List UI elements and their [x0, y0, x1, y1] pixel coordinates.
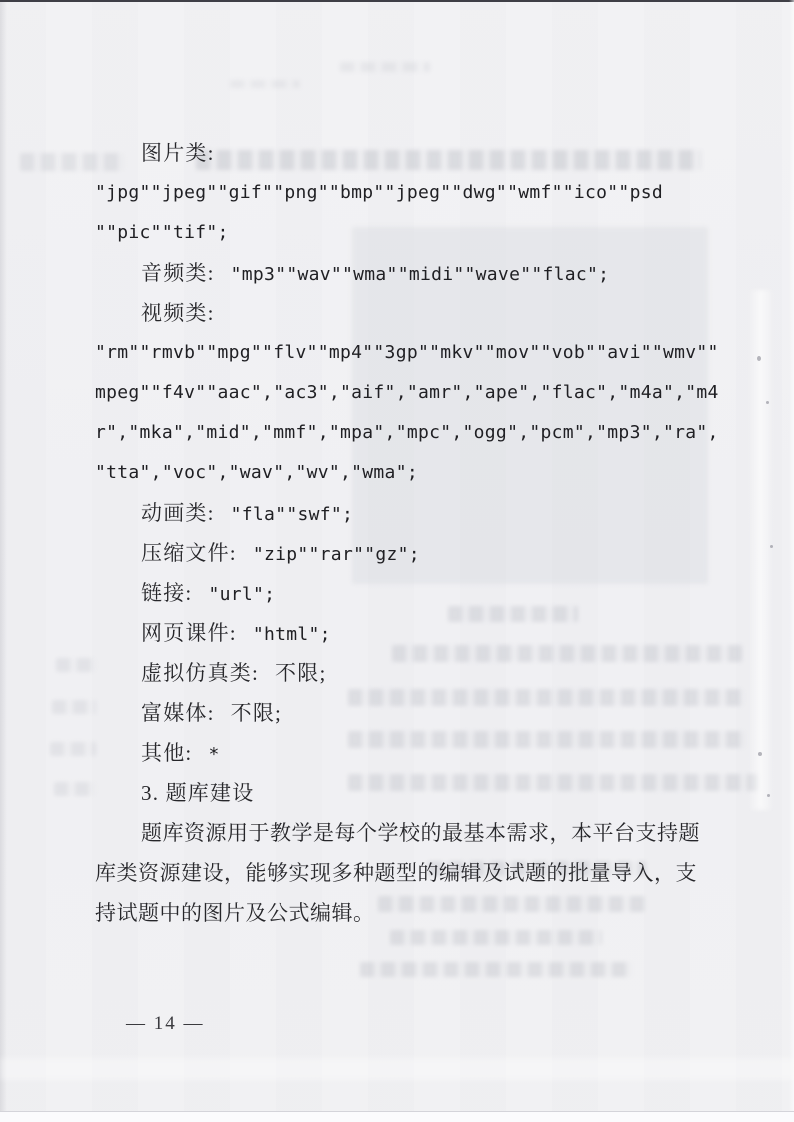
bleedthrough-smudge	[54, 782, 96, 796]
audio-type-line: 音频类: "mp3""wav""wma""midi""wave""flac";	[95, 253, 713, 293]
video-type-line: 视频类:	[95, 293, 713, 333]
paper-crease	[748, 290, 774, 810]
image-extensions-line-1: "jpg""jpeg""gif""png""bmp""jpeg""dwg""wm…	[95, 173, 713, 213]
audio-type-label: 音频类:	[141, 261, 215, 285]
scan-top-edge	[0, 0, 794, 2]
animation-extensions-text: "fla""swf";	[231, 504, 354, 525]
scan-right-edge	[789, 0, 794, 1122]
paragraph-line-3: 持试题中的图片及公式编辑。	[95, 893, 713, 933]
video-extensions-text-2: mpeg""f4v""aac","ac3","aif","amr","ape",…	[95, 382, 719, 403]
document-body: 图片类: "jpg""jpeg""gif""png""bmp""jpeg""dw…	[95, 133, 713, 933]
bleedthrough-smudge	[56, 658, 96, 672]
scan-left-edge	[0, 0, 7, 1122]
video-extensions-line-2: mpeg""f4v""aac","ac3","aif","amr","ape",…	[95, 373, 713, 413]
archive-extensions-text: "zip""rar""gz";	[253, 544, 420, 565]
scan-bottom-edge	[0, 1111, 794, 1122]
paragraph-line-1: 题库资源用于教学是每个学校的最基本需求，本平台支持题	[95, 813, 713, 853]
webpage-type-label: 网页课件:	[141, 621, 237, 645]
animation-type-label: 动画类:	[141, 501, 215, 525]
video-extensions-text-1: "rm""rmvb""mpg""flv""mp4""3gp""mkv""mov"…	[95, 342, 719, 363]
scanner-light-band	[0, 1058, 794, 1080]
paragraph-text-2: 库类资源建设，能够实现多种题型的编辑及试题的批量导入，支	[95, 861, 697, 885]
audio-extensions-text: "mp3""wav""wma""midi""wave""flac";	[231, 264, 610, 285]
paragraph-text-3: 持试题中的图片及公式编辑。	[95, 901, 375, 925]
video-extensions-text-3: r","mka","mid","mmf","mpa","mpc","ogg","…	[95, 422, 719, 443]
bleedthrough-smudge	[50, 742, 96, 756]
video-extensions-line-1: "rm""rmvb""mpg""flv""mp4""3gp""mkv""mov"…	[95, 333, 713, 373]
richmedia-type-line: 富媒体: 不限;	[95, 693, 713, 733]
video-extensions-line-3: r","mka","mid","mmf","mpa","mpc","ogg","…	[95, 413, 713, 453]
scan-speck	[757, 356, 761, 361]
bleedthrough-smudge	[360, 962, 632, 977]
vr-type-value: 不限;	[275, 661, 326, 685]
image-extensions-text-2: ""pic""tif";	[95, 222, 229, 243]
bleedthrough-smudge	[230, 80, 300, 88]
other-type-label: 其他:	[141, 741, 192, 765]
vr-type-label: 虚拟仿真类:	[141, 661, 259, 685]
section-heading: 3. 题库建设	[141, 781, 254, 805]
video-extensions-text-4: "tta","voc","wav","wv","wma";	[95, 462, 418, 483]
link-extensions-text: "url";	[208, 584, 275, 605]
scanned-document-page: 图片类: "jpg""jpeg""gif""png""bmp""jpeg""dw…	[0, 0, 794, 1122]
scan-speck	[758, 752, 762, 756]
page-number: — 14 —	[126, 1013, 205, 1035]
archive-type-label: 压缩文件:	[141, 541, 237, 565]
image-type-label: 图片类:	[141, 141, 215, 165]
image-type-line: 图片类:	[95, 133, 713, 173]
other-type-value: *	[208, 744, 219, 765]
vr-type-line: 虚拟仿真类: 不限;	[95, 653, 713, 693]
archive-type-line: 压缩文件: "zip""rar""gz";	[95, 533, 713, 573]
richmedia-type-label: 富媒体:	[141, 701, 215, 725]
bleedthrough-smudge	[52, 700, 96, 714]
video-extensions-line-4: "tta","voc","wav","wv","wma";	[95, 453, 713, 493]
video-type-label: 视频类:	[141, 301, 215, 325]
scan-speck	[766, 401, 769, 404]
paragraph-line-2: 库类资源建设，能够实现多种题型的编辑及试题的批量导入，支	[95, 853, 713, 893]
bleedthrough-smudge	[340, 62, 430, 72]
scan-speck	[767, 794, 770, 797]
scan-speck	[770, 545, 773, 548]
image-extensions-text-1: "jpg""jpeg""gif""png""bmp""jpeg""dwg""wm…	[95, 182, 663, 203]
link-type-line: 链接: "url";	[95, 573, 713, 613]
webpage-type-line: 网页课件: "html";	[95, 613, 713, 653]
other-type-line: 其他: *	[95, 733, 713, 773]
link-type-label: 链接:	[141, 581, 192, 605]
richmedia-type-value: 不限;	[231, 701, 282, 725]
section-heading-line: 3. 题库建设	[95, 773, 713, 813]
webpage-extensions-text: "html";	[253, 624, 331, 645]
image-extensions-line-2: ""pic""tif";	[95, 213, 713, 253]
animation-type-line: 动画类: "fla""swf";	[95, 493, 713, 533]
paragraph-text-1: 题库资源用于教学是每个学校的最基本需求，本平台支持题	[141, 821, 700, 845]
